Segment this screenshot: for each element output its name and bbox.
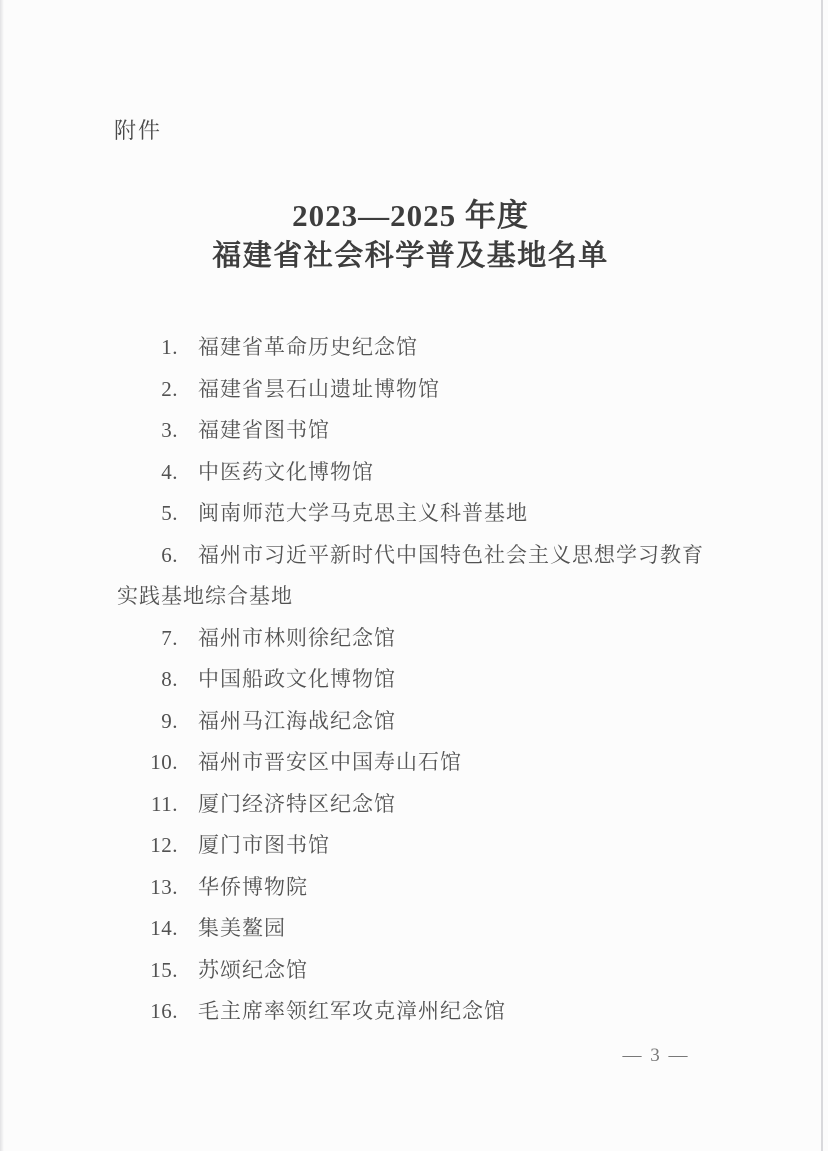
title-line-year-range: 2023—2025 年度 (0, 196, 821, 236)
list-item: 6.福州市习近平新时代中国特色社会主义思想学习教育实践基地综合基地 (117, 535, 717, 618)
item-text: 闽南师范大学马克思主义科普基地 (198, 501, 528, 525)
list-item: 2.福建省昙石山遗址博物馆 (117, 369, 717, 411)
item-text: 福州市习近平新时代中国特色社会主义思想学习教育实践基地综合基地 (117, 543, 704, 609)
item-number: 8. (117, 659, 198, 701)
title-line-list-name: 福建省社会科学普及基地名单 (0, 236, 821, 276)
page-number: — 3 — (606, 1045, 706, 1067)
scan-right-edge-line (821, 0, 823, 1151)
item-text: 厦门市图书馆 (198, 833, 330, 857)
item-text: 福建省图书馆 (198, 418, 330, 442)
item-text: 华侨博物院 (198, 875, 308, 899)
item-number: 7. (117, 618, 198, 660)
list-item: 3.福建省图书馆 (117, 410, 717, 452)
item-number: 1. (117, 327, 198, 369)
list-item: 13.华侨博物院 (117, 867, 717, 909)
list-item: 4.中医药文化博物馆 (117, 452, 717, 494)
list-item: 12.厦门市图书馆 (117, 825, 717, 867)
item-text: 毛主席率领红军攻克漳州纪念馆 (198, 999, 506, 1023)
item-number: 3. (117, 410, 198, 452)
list-item: 1.福建省革命历史纪念馆 (117, 327, 717, 369)
item-number: 9. (117, 701, 198, 743)
item-text: 中医药文化博物馆 (198, 460, 374, 484)
item-text: 福建省昙石山遗址博物馆 (198, 377, 440, 401)
item-number: 4. (117, 452, 198, 494)
item-number: 11. (117, 784, 198, 826)
item-number: 14. (117, 908, 198, 950)
list-item: 16.毛主席率领红军攻克漳州纪念馆 (117, 991, 717, 1033)
list-item: 5.闽南师范大学马克思主义科普基地 (117, 493, 717, 535)
document-title: 2023—2025 年度 福建省社会科学普及基地名单 (0, 196, 821, 276)
item-number: 10. (117, 742, 198, 784)
item-text: 集美鳌园 (198, 916, 286, 940)
base-list: 1.福建省革命历史纪念馆2.福建省昙石山遗址博物馆3.福建省图书馆4.中医药文化… (117, 327, 717, 1033)
list-item: 15.苏颂纪念馆 (117, 950, 717, 992)
list-item: 10.福州市晋安区中国寿山石馆 (117, 742, 717, 784)
item-text: 中国船政文化博物馆 (198, 667, 396, 691)
list-item: 9.福州马江海战纪念馆 (117, 701, 717, 743)
item-number: 12. (117, 825, 198, 867)
list-item: 11.厦门经济特区纪念馆 (117, 784, 717, 826)
item-number: 6. (117, 535, 198, 577)
document-page: 附件 2023—2025 年度 福建省社会科学普及基地名单 1.福建省革命历史纪… (0, 0, 828, 1151)
item-text: 厦门经济特区纪念馆 (198, 792, 396, 816)
attachment-label: 附件 (114, 118, 162, 144)
list-item: 7.福州市林则徐纪念馆 (117, 618, 717, 660)
scan-left-edge (0, 0, 4, 1151)
list-item: 8.中国船政文化博物馆 (117, 659, 717, 701)
list-item: 14.集美鳌园 (117, 908, 717, 950)
item-number: 15. (117, 950, 198, 992)
item-text: 福州市晋安区中国寿山石馆 (198, 750, 462, 774)
item-number: 2. (117, 369, 198, 411)
item-number: 13. (117, 867, 198, 909)
item-number: 5. (117, 493, 198, 535)
item-text: 苏颂纪念馆 (198, 958, 308, 982)
item-text: 福州市林则徐纪念馆 (198, 626, 396, 650)
item-text: 福建省革命历史纪念馆 (198, 335, 418, 359)
item-text: 福州马江海战纪念馆 (198, 709, 396, 733)
item-number: 16. (117, 991, 198, 1033)
